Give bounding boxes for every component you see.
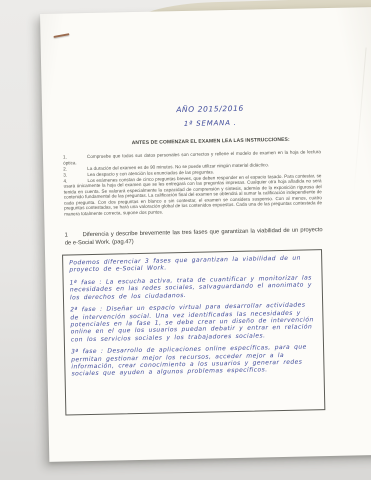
answer-paragraph: Podemos diferenciar 3 fases que garantiz…: [69, 254, 315, 274]
instructions-list: 1.Compruebe que todos sus datos personal…: [63, 149, 322, 217]
exam-sheet: AÑO 2015/2016 1ª SEMANA . ANTES DE COMEN…: [40, 7, 371, 462]
instruction-item: 4.Los exámenes constan de cinco pregunta…: [63, 173, 322, 217]
staple-icon: [53, 33, 69, 38]
instruction-text: Los exámenes constan de cinco preguntas …: [64, 173, 323, 216]
instruction-number: 3.: [63, 172, 87, 178]
year-note: AÑO 2015/2016: [42, 101, 371, 117]
scanned-exam-photo: AÑO 2015/2016 1ª SEMANA . ANTES DE COMEN…: [0, 0, 371, 480]
week-note: 1ª SEMANA .: [42, 116, 371, 131]
question-text: Diferencia y describe brevemente las tre…: [65, 227, 323, 246]
answer-paragraph: 3ª fase : Desarrollo de aplicaciones onl…: [71, 344, 318, 378]
instructions-title: ANTES DE COMENZAR EL EXAMEN LEA LAS INST…: [43, 135, 371, 148]
answer-paragraph: 1ª fase : La escucha activa, trata de cu…: [70, 274, 316, 301]
question-1: 1Diferencia y describe brevemente las tr…: [65, 227, 323, 248]
answer-paragraph: 2ª fase : Diseñar un espacio virtual par…: [70, 302, 317, 344]
instruction-number: 2.: [63, 166, 87, 172]
handwritten-header: AÑO 2015/2016 1ª SEMANA .: [42, 101, 371, 131]
answer-box: Podemos diferenciar 3 fases que garantiz…: [62, 249, 325, 415]
